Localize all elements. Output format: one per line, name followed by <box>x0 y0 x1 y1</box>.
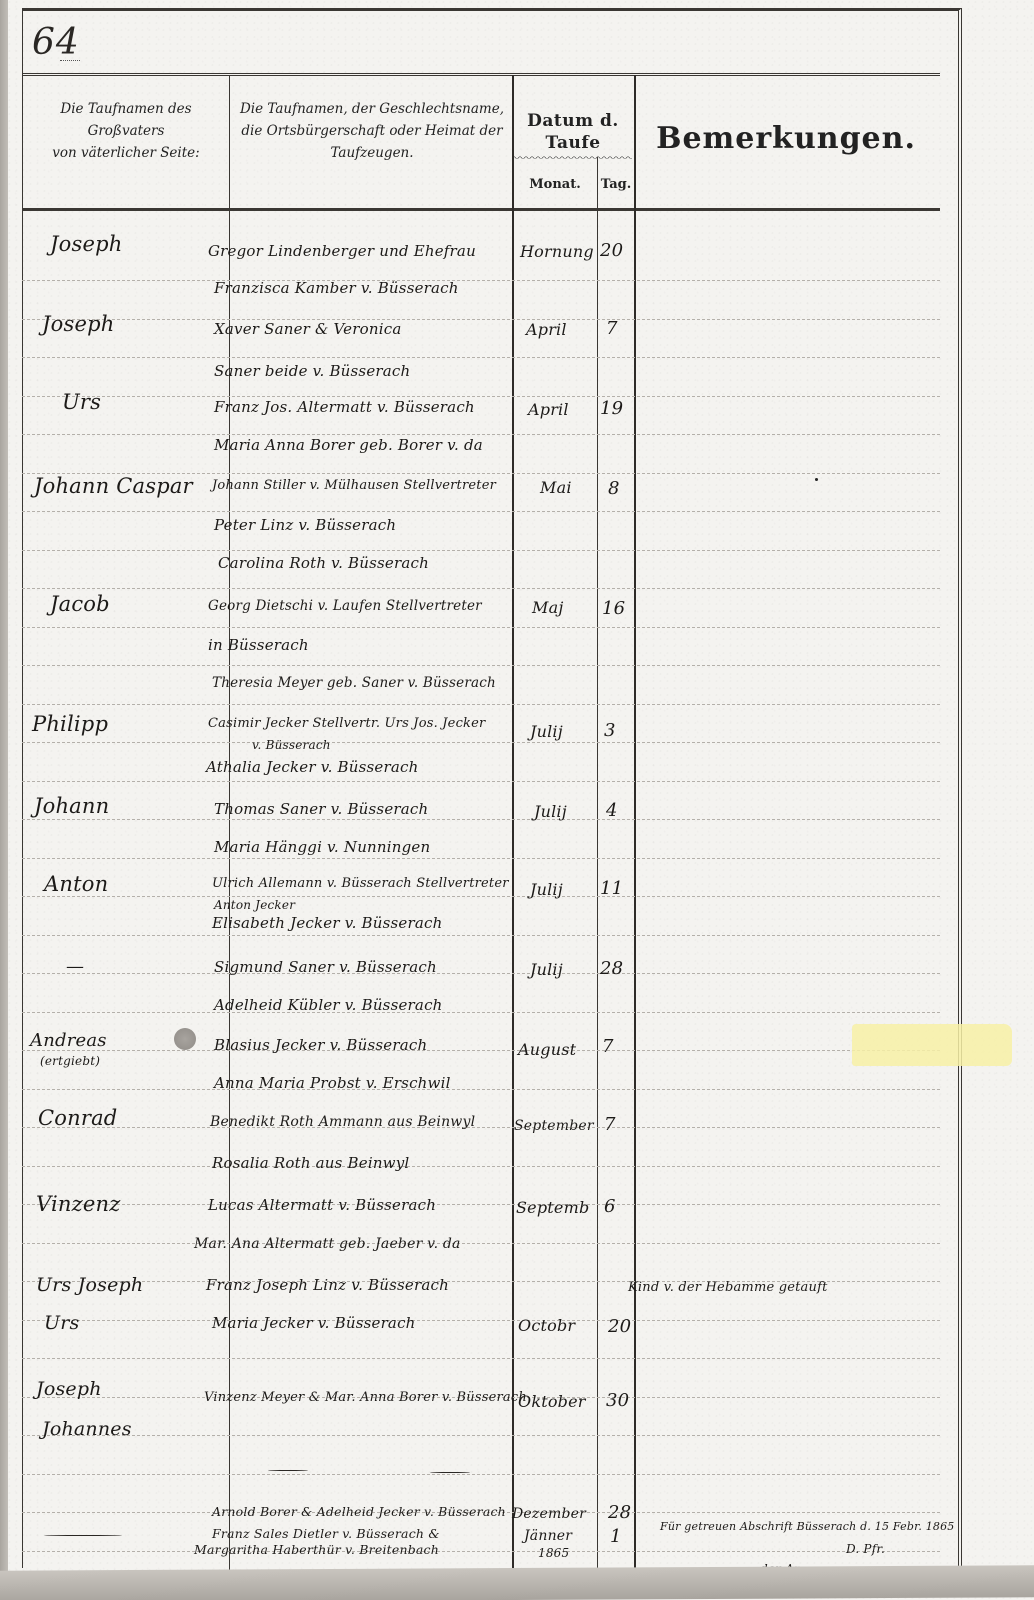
ruled-line <box>22 588 940 589</box>
certification-signature: D. Pfr. <box>846 1542 885 1556</box>
grandfather-name: Joseph <box>50 232 122 256</box>
ruled-line <box>22 319 940 320</box>
column-divider-2 <box>512 75 514 1580</box>
sponsor-line: Vinzenz Meyer & Mar. Anna Borer v. Büsse… <box>204 1390 527 1405</box>
baptism-day: 8 <box>608 478 620 499</box>
baptism-year: 1865 <box>538 1546 569 1560</box>
ruled-line <box>22 280 940 281</box>
ruled-line <box>22 1474 940 1475</box>
sponsor-line: Adelheid Kübler v. Büsserach <box>214 996 443 1014</box>
grandfather-name: Andreas <box>30 1030 107 1051</box>
blank-dash <box>268 1470 308 1471</box>
ruled-line <box>22 434 940 435</box>
ruled-line <box>22 550 940 551</box>
grandfather-name: Urs Joseph <box>36 1274 143 1296</box>
ruled-line <box>22 665 940 666</box>
baptism-day: 28 <box>608 1502 631 1523</box>
header-grandfather-line: Großvaters <box>26 120 226 142</box>
baptism-month: Mai <box>540 478 572 497</box>
header-top-rule <box>22 73 940 76</box>
baptism-month: April <box>526 320 567 339</box>
sponsor-line: Casimir Jecker Stellvertr. Urs Jos. Jeck… <box>208 716 485 731</box>
page-number: 64 <box>32 22 80 63</box>
grandfather-name: Conrad <box>38 1106 117 1130</box>
baptism-day: 28 <box>600 958 623 979</box>
baptism-day: 3 <box>604 720 616 741</box>
baptism-month: Hornung <box>520 242 594 261</box>
ruled-line <box>22 627 940 628</box>
header-grandfather: Die Taufnamen des Großvaters von väterli… <box>26 98 226 164</box>
header-sponsors: Die Taufnamen, der Geschlechtsname, die … <box>232 98 512 164</box>
ruled-line <box>22 357 940 358</box>
page-frame <box>22 8 962 1568</box>
grandfather-name-line2: Johannes <box>42 1418 132 1440</box>
ruled-line <box>22 1358 940 1359</box>
sponsor-line: Maria Jecker v. Büsserach <box>212 1314 416 1332</box>
sponsor-line: Gregor Lindenberger und Ehefrau <box>208 242 476 260</box>
baptism-month: August <box>518 1040 576 1059</box>
remark: Kind v. der Hebamme getauft <box>628 1280 828 1295</box>
ruled-line <box>22 396 940 397</box>
grandfather-name: Jacob <box>50 592 110 616</box>
column-divider-1 <box>229 75 230 1580</box>
ruled-line <box>22 511 940 512</box>
baptism-month: September <box>514 1118 594 1134</box>
header-remarks: Bemerkungen. <box>636 128 936 150</box>
baptism-day: 11 <box>600 878 623 899</box>
ruled-line <box>22 1166 940 1167</box>
grandfather-name: Joseph <box>36 1378 102 1400</box>
baptism-day: 30 <box>606 1390 629 1411</box>
sponsor-line: Athalia Jecker v. Büsserach <box>206 758 418 776</box>
sponsor-line: Sigmund Saner v. Büsserach <box>214 958 437 976</box>
punch-hole <box>174 1028 196 1050</box>
baptism-month: Oktober <box>518 1392 586 1411</box>
blank-dash <box>430 1472 470 1473</box>
sponsor-line: Franzisca Kamber v. Büsserach <box>214 279 459 297</box>
baptism-month: Jänner <box>524 1528 572 1544</box>
header-date: Datum d. Taufe <box>512 110 634 154</box>
sponsor-line: Carolina Roth v. Büsserach <box>218 554 429 572</box>
sponsor-line: in Büsserach <box>208 636 309 654</box>
grandfather-name: Urs <box>62 390 101 414</box>
header-date-wavy-rule <box>514 156 632 160</box>
baptism-month: Dezember <box>512 1506 586 1522</box>
ruled-line <box>22 1551 940 1552</box>
baptism-day: 4 <box>606 800 618 821</box>
sponsor-line: Saner beide v. Büsserach <box>214 362 410 380</box>
ruled-line <box>22 1435 940 1436</box>
ruled-line <box>22 1050 940 1051</box>
header-sponsors-line: Die Taufnamen, der Geschlechtsname, <box>232 98 512 120</box>
ruled-line <box>22 1320 940 1321</box>
baptism-month: Julij <box>530 960 563 979</box>
ruled-line <box>22 935 940 936</box>
baptism-day: 7 <box>606 318 618 339</box>
grandfather-name: Philipp <box>32 712 108 736</box>
sponsor-line: Maria Hänggi v. Nunningen <box>214 838 430 856</box>
grandfather-name: Johann Caspar <box>34 474 193 498</box>
baptism-day: 7 <box>604 1114 616 1135</box>
baptism-day: 20 <box>600 240 623 261</box>
baptism-day: 6 <box>604 1196 616 1217</box>
page-bottom-shadow <box>0 1565 1034 1600</box>
header-bottom-rule <box>22 208 940 211</box>
baptism-month: April <box>528 400 569 419</box>
baptism-month: Julij <box>530 880 563 899</box>
yellow-highlight-mark <box>852 1024 1012 1066</box>
header-grandfather-line: Die Taufnamen des <box>26 98 226 120</box>
ruled-line <box>22 1204 940 1205</box>
sponsor-line: Mar. Ana Altermatt geb. Jaeber v. da <box>194 1236 461 1252</box>
ruled-line <box>22 973 940 974</box>
sponsor-line: Georg Dietschi v. Laufen Stellvertreter <box>208 598 482 614</box>
column-divider-4 <box>634 75 636 1580</box>
baptism-day: 19 <box>600 398 623 419</box>
sponsor-line: Theresia Meyer geb. Saner v. Büsserach <box>212 675 496 691</box>
ruled-line <box>22 1243 940 1244</box>
header-day: Tag. <box>598 177 634 192</box>
sponsor-line: Anna Maria Probst v. Erschwil <box>214 1074 451 1092</box>
sponsor-line: Xaver Saner & Veronica <box>214 320 401 338</box>
grandfather-note: (ertgiebt) <box>40 1054 100 1068</box>
ruled-line <box>22 742 940 743</box>
baptism-month: Octobr <box>518 1316 575 1335</box>
page-number-underline <box>60 60 80 61</box>
baptism-day: 20 <box>608 1316 631 1337</box>
sponsor-line: Margaritha Haberthür v. Breitenbach <box>194 1542 439 1557</box>
blank-dash <box>44 1535 122 1536</box>
header-sponsors-line: die Ortsbürgerschaft oder Heimat der <box>232 120 512 142</box>
sponsor-line: Franz Sales Dietler v. Büsserach & <box>212 1526 440 1541</box>
grandfather-name-line2: Urs <box>44 1312 79 1334</box>
certification-line: Für getreuen Abschrift Büsserach d. 15 F… <box>660 1520 955 1533</box>
baptism-day: 7 <box>602 1036 614 1057</box>
sponsor-line: Elisabeth Jecker v. Büsserach <box>212 914 442 932</box>
header-month: Monat. <box>514 177 596 192</box>
ruled-line <box>22 781 940 782</box>
header-sponsors-line: Taufzeugen. <box>232 142 512 164</box>
sponsor-line: v. Büsserach <box>252 738 331 752</box>
baptism-month: Septemb <box>516 1198 589 1217</box>
sponsor-line: Peter Linz v. Büsserach <box>214 516 396 534</box>
baptism-day: 1 <box>610 1526 622 1547</box>
ruled-line <box>22 1012 940 1013</box>
ruled-line <box>22 1089 940 1090</box>
sponsor-line: Rosalia Roth aus Beinwyl <box>212 1154 409 1172</box>
header-grandfather-line: von väterlicher Seite: <box>26 142 226 164</box>
sponsor-line: Johann Stiller v. Mülhausen Stellvertret… <box>212 478 496 493</box>
sponsor-line: Ulrich Allemann v. Büsserach Stellvertre… <box>212 876 509 891</box>
ruled-line <box>22 704 940 705</box>
column-divider-3 <box>597 157 598 1580</box>
baptism-day: 16 <box>602 598 625 619</box>
baptism-month: Maj <box>532 598 563 617</box>
sponsor-line: Anton Jecker <box>214 898 295 912</box>
sponsor-line: Arnold Borer & Adelheid Jecker v. Büsser… <box>212 1504 506 1519</box>
sponsor-line: Benedikt Roth Ammann aus Beinwyl <box>210 1114 475 1130</box>
sponsor-line: Lucas Altermatt v. Büsserach <box>208 1196 436 1214</box>
sponsor-line: Blasius Jecker v. Büsserach <box>214 1036 427 1054</box>
ruled-line <box>22 819 940 820</box>
ruled-line <box>22 858 940 859</box>
ruled-line <box>22 896 940 897</box>
grandfather-name: Anton <box>44 872 108 896</box>
baptism-month: Julij <box>530 722 563 741</box>
baptism-month: Julij <box>534 802 567 821</box>
sponsor-line: Franz Jos. Altermatt v. Büsserach <box>214 398 475 416</box>
ruled-line <box>22 1127 940 1128</box>
grandfather-name: Joseph <box>42 312 114 336</box>
grandfather-name: Vinzenz <box>36 1192 121 1216</box>
sponsor-line: Thomas Saner v. Büsserach <box>214 800 428 818</box>
sponsor-line: Franz Joseph Linz v. Büsserach <box>206 1276 449 1294</box>
grandfather-name: Johann <box>34 794 109 818</box>
sponsor-line: Maria Anna Borer geb. Borer v. da <box>214 436 483 454</box>
grandfather-name: — <box>66 956 84 977</box>
ink-speck <box>815 478 818 481</box>
